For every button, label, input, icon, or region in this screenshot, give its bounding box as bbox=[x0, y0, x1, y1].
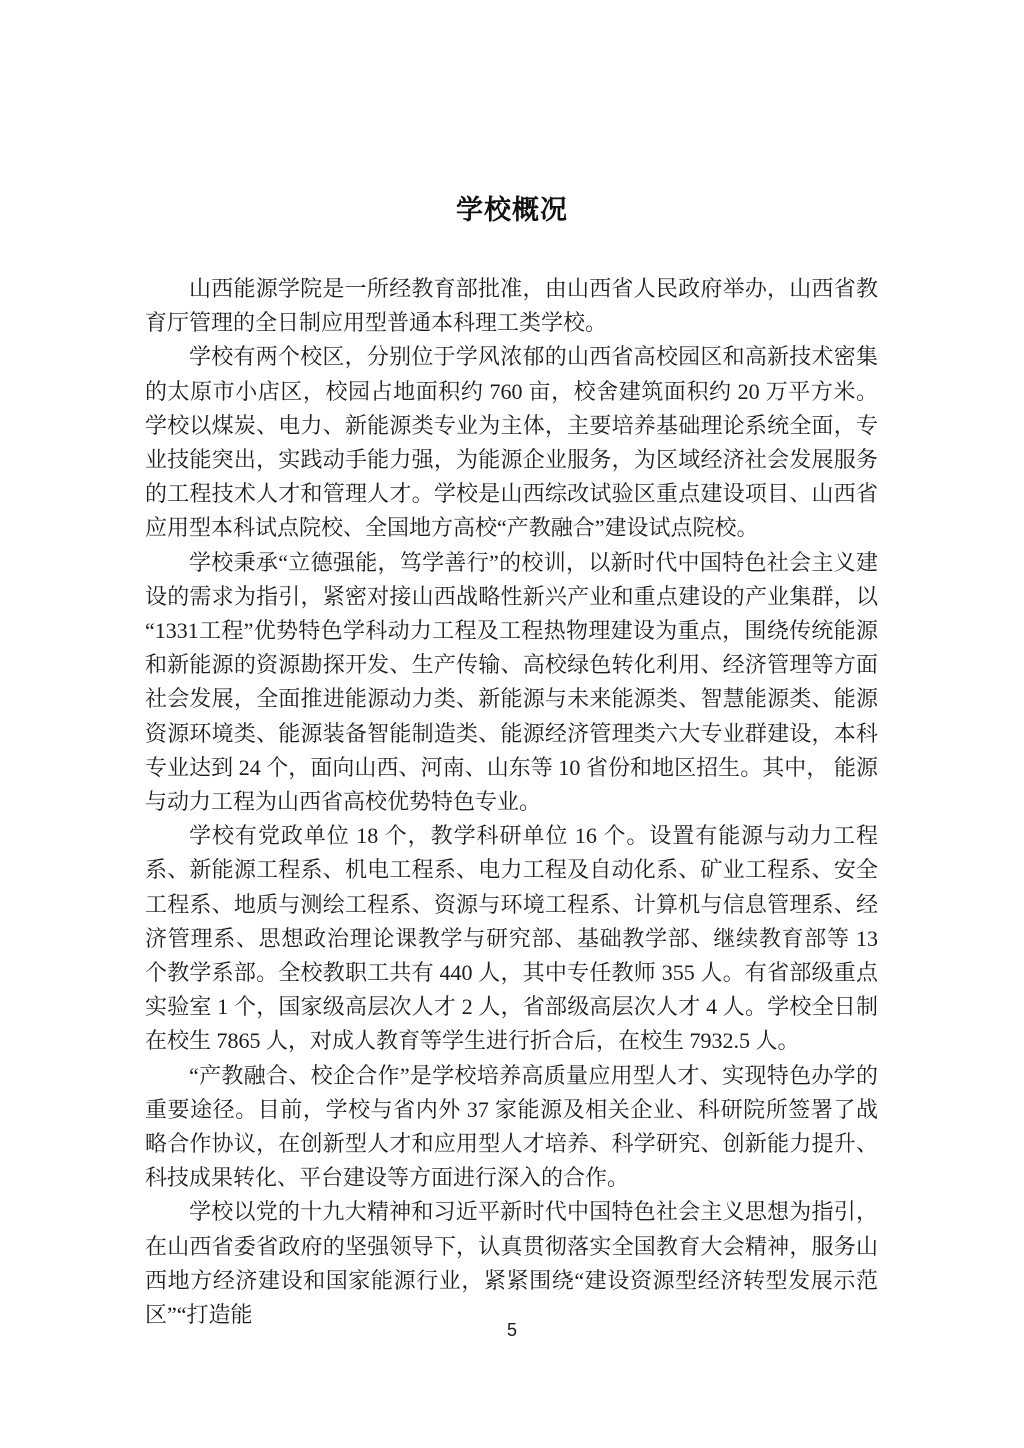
document-page: 学校概况 山西能源学院是一所经教育部批准，由山西省人民政府举办，山西省教育厅管理… bbox=[0, 0, 1024, 1448]
paragraph: 学校有党政单位 18 个，教学科研单位 16 个。设置有能源与动力工程系、新能源… bbox=[145, 819, 878, 1058]
page-number: 5 bbox=[0, 1318, 1024, 1342]
paragraph: 学校有两个校区，分别位于学风浓郁的山西省高校园区和高新技术密集的太原市小店区，校… bbox=[145, 340, 878, 545]
page-title: 学校概况 bbox=[0, 192, 1024, 228]
document-body: 山西能源学院是一所经教育部批准，由山西省人民政府举办，山西省教育厅管理的全日制应… bbox=[145, 272, 878, 1332]
paragraph: 学校以党的十九大精神和习近平新时代中国特色社会主义思想为指引，在山西省委省政府的… bbox=[145, 1195, 878, 1332]
paragraph: 学校秉承“立德强能，笃学善行”的校训，以新时代中国特色社会主义建设的需求为指引，… bbox=[145, 546, 878, 820]
paragraph: “产教融合、校企合作”是学校培养高质量应用型人才、实现特色办学的重要途径。目前，… bbox=[145, 1059, 878, 1196]
paragraph: 山西能源学院是一所经教育部批准，由山西省人民政府举办，山西省教育厅管理的全日制应… bbox=[145, 272, 878, 340]
